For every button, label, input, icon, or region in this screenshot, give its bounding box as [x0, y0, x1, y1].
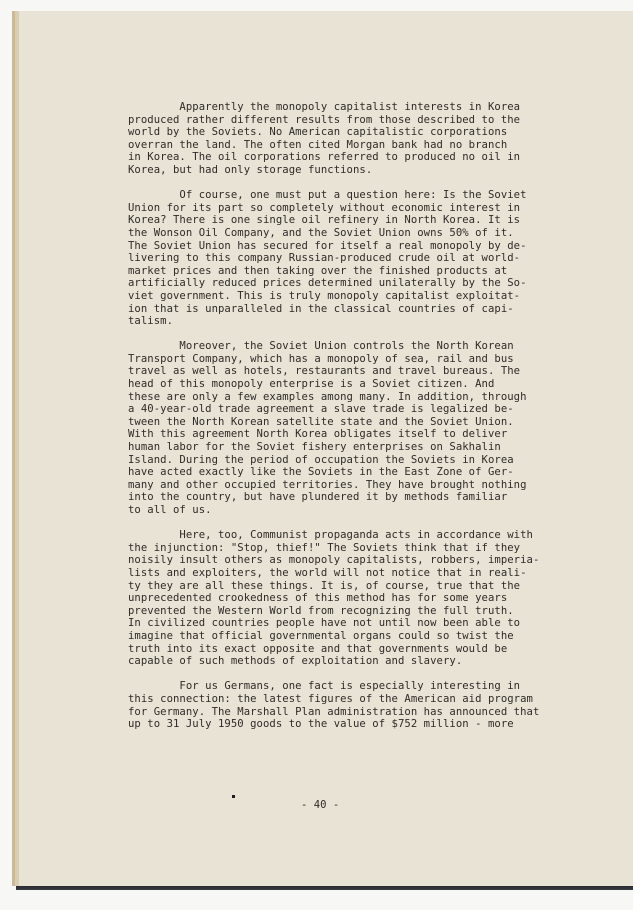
- text-line: Moreover, the Soviet Union controls the …: [128, 340, 598, 353]
- text-line: a 40-year-old trade agreement a slave tr…: [128, 403, 598, 416]
- text-line: into the country, but have plundered it …: [128, 491, 598, 504]
- text-line: world by the Soviets. No American capita…: [128, 126, 598, 139]
- text-line: Transport Company, which has a monopoly …: [128, 353, 598, 366]
- text-line: these are only a few examples among many…: [128, 391, 598, 404]
- text-line: Korea? There is one single oil refinery …: [128, 214, 598, 227]
- text-line: Island. During the period of occupation …: [128, 454, 598, 467]
- page-number: - 40 -: [301, 799, 339, 811]
- text-line: the Wonson Oil Company, and the Soviet U…: [128, 227, 598, 240]
- text-line: In civilized countries people have not u…: [128, 617, 598, 630]
- paper-speck: [232, 795, 235, 798]
- text-line: up to 31 July 1950 goods to the value of…: [128, 718, 598, 731]
- text-line: in Korea. The oil corporations referred …: [128, 151, 598, 164]
- text-line: With this agreement North Korea obligate…: [128, 428, 598, 441]
- text-line: overran the land. The often cited Morgan…: [128, 139, 598, 152]
- text-line: unprecedented crookedness of this method…: [128, 592, 598, 605]
- text-line: noisily insult others as monopoly capita…: [128, 554, 598, 567]
- text-line: ty they are all these things. It is, of …: [128, 580, 598, 593]
- text-line: For us Germans, one fact is especially i…: [128, 680, 598, 693]
- text-line: artificially reduced prices determined u…: [128, 277, 598, 290]
- text-line: talism.: [128, 315, 598, 328]
- text-line: Union for its part so completely without…: [128, 202, 598, 215]
- body-text: Apparently the monopoly capitalist inter…: [128, 101, 598, 743]
- text-line: lists and exploiters, the world will not…: [128, 567, 598, 580]
- text-line: Here, too, Communist propaganda acts in …: [128, 529, 598, 542]
- text-line: travel as well as hotels, restaurants an…: [128, 365, 598, 378]
- text-line: viet government. This is truly monopoly …: [128, 290, 598, 303]
- text-line: truth into its exact opposite and that g…: [128, 643, 598, 656]
- paragraph: Apparently the monopoly capitalist inter…: [128, 101, 598, 177]
- text-line: many and other occupied territories. The…: [128, 479, 598, 492]
- text-line: imagine that official governmental organ…: [128, 630, 598, 643]
- text-line: human labor for the Soviet fishery enter…: [128, 441, 598, 454]
- text-line: produced rather different results from t…: [128, 114, 598, 127]
- text-line: capable of such methods of exploitation …: [128, 655, 598, 668]
- text-line: The Soviet Union has secured for itself …: [128, 240, 598, 253]
- paragraph: Moreover, the Soviet Union controls the …: [128, 340, 598, 516]
- text-line: have acted exactly like the Soviets in t…: [128, 466, 598, 479]
- paragraph: Here, too, Communist propaganda acts in …: [128, 529, 598, 668]
- text-line: ion that is unparalleled in the classica…: [128, 303, 598, 316]
- text-line: Apparently the monopoly capitalist inter…: [128, 101, 598, 114]
- text-line: Korea, but had only storage functions.: [128, 164, 598, 177]
- document-page: Apparently the monopoly capitalist inter…: [12, 11, 633, 886]
- paragraph: For us Germans, one fact is especially i…: [128, 680, 598, 730]
- paragraph: Of course, one must put a question here:…: [128, 189, 598, 328]
- text-line: prevented the Western World from recogni…: [128, 605, 598, 618]
- text-line: to all of us.: [128, 504, 598, 517]
- text-line: for Germany. The Marshall Plan administr…: [128, 706, 598, 719]
- text-line: the injunction: "Stop, thief!" The Sovie…: [128, 542, 598, 555]
- text-line: livering to this company Russian-produce…: [128, 252, 598, 265]
- text-line: Of course, one must put a question here:…: [128, 189, 598, 202]
- text-line: this connection: the latest figures of t…: [128, 693, 598, 706]
- text-line: market prices and then taking over the f…: [128, 265, 598, 278]
- text-line: tween the North Korean satellite state a…: [128, 416, 598, 429]
- text-line: head of this monopoly enterprise is a So…: [128, 378, 598, 391]
